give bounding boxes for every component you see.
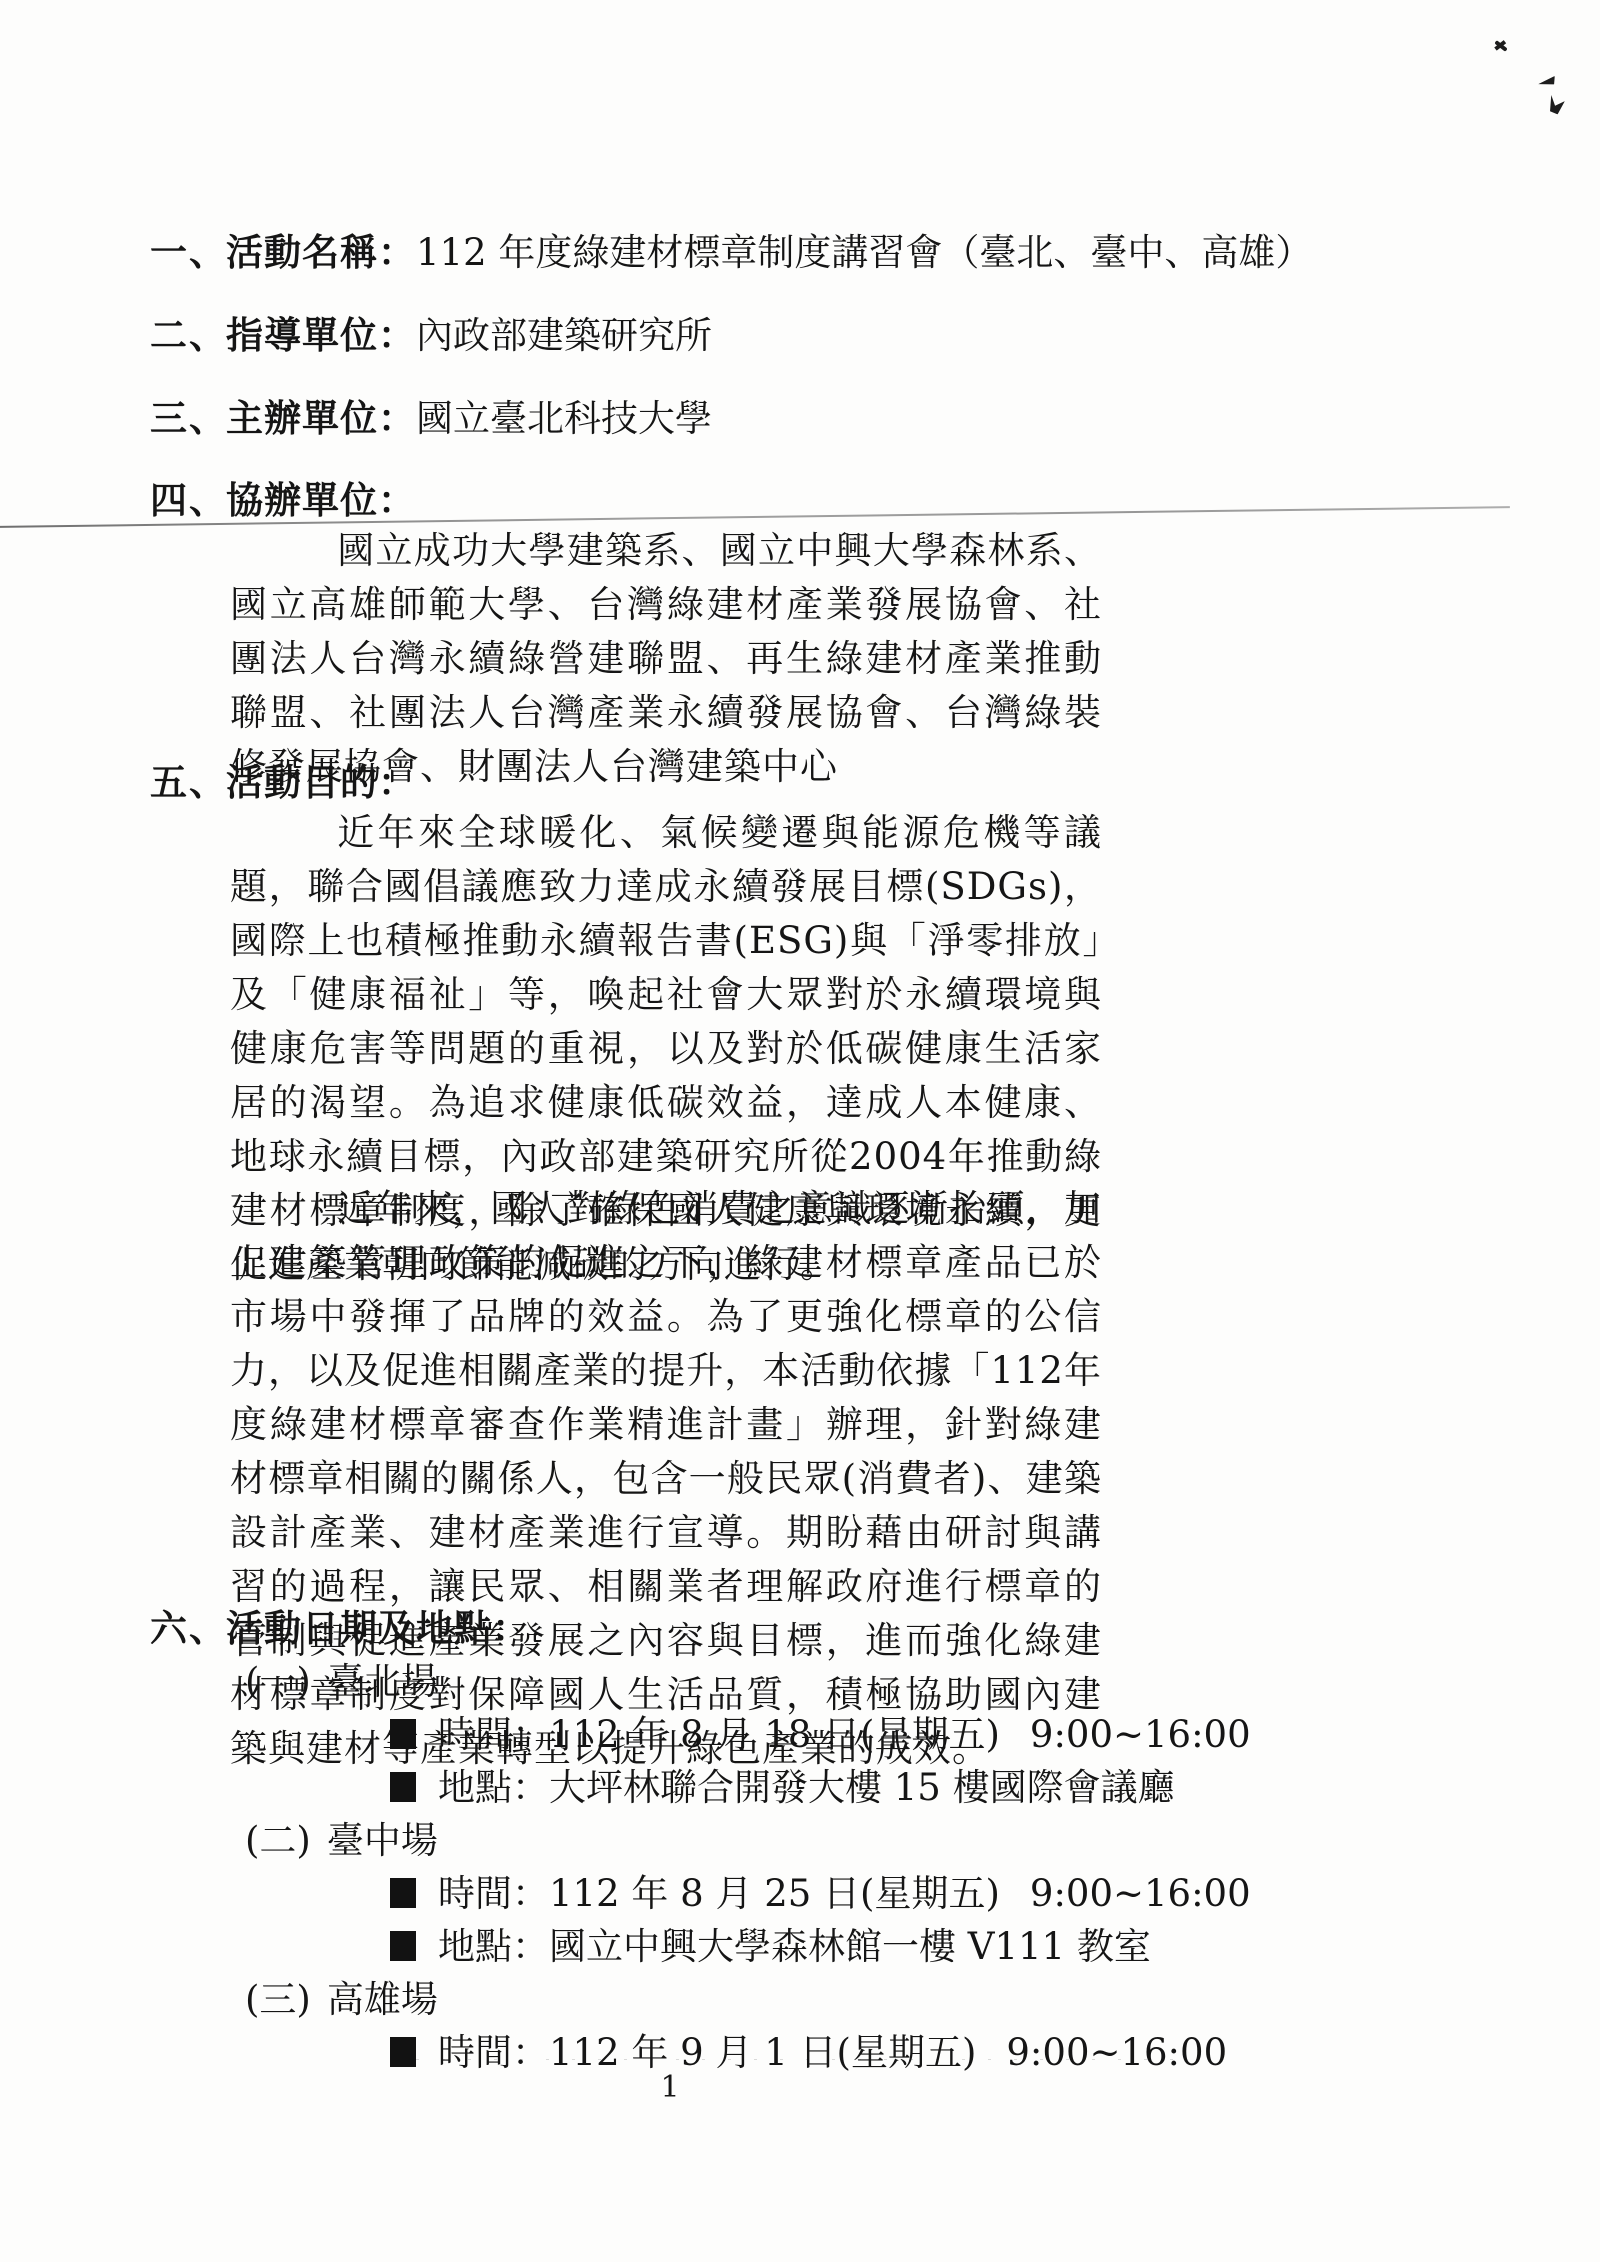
section-title: 活動日期及地點： <box>226 1606 530 1650</box>
event-taichung-place-row: 地點：國立中興大學森林館一樓 V111 教室 <box>390 1920 1150 1973</box>
section-value: 112 年度綠建材標章制度講習會（臺北、臺中、高雄） <box>416 231 1312 274</box>
event-taipei-time-row: 時間：112 年 8 月 18 日(星期五)9:00~16:00 <box>390 1708 1150 1761</box>
pen-mark-icon <box>1537 76 1556 88</box>
event-name: 高雄場 <box>327 1978 438 2021</box>
section-value: 國立臺北科技大學 <box>416 397 712 440</box>
event-ordinal: (二) <box>245 1819 311 1862</box>
section-title: 協辦單位： <box>226 478 416 522</box>
section-title: 指導單位： <box>226 313 416 357</box>
time-value: 112 年 8 月 25 日(星期五) <box>549 1872 1000 1915</box>
section-purpose-heading: 五、活動目的： <box>150 752 1150 806</box>
event-kaohsiung-header: (三)高雄場 <box>245 1973 1150 2026</box>
bullet-square-icon <box>390 1878 416 1908</box>
place-label: 地點： <box>438 1925 549 1968</box>
hours-value: 9:00~16:00 <box>1030 1872 1251 1915</box>
hours-value: 9:00~16:00 <box>1030 1713 1251 1756</box>
event-name: 臺北場 <box>327 1660 438 1703</box>
page-number: 1 <box>640 2070 700 2105</box>
event-taichung-time-row: 時間：112 年 8 月 25 日(星期五)9:00~16:00 <box>390 1867 1150 1920</box>
section-advising-unit: 二、指導單位：內政部建築研究所 <box>150 305 1150 359</box>
time-value: 112 年 9 月 1 日(星期五) <box>549 2031 976 2074</box>
section-number: 五、 <box>150 752 226 806</box>
place-value: 大坪林聯合開發大樓 15 樓國際會議廳 <box>549 1766 1175 1809</box>
section-number: 一、 <box>150 222 226 276</box>
time-label: 時間： <box>438 2031 549 2074</box>
section-co-organizers-heading: 四、協辦單位： <box>150 470 1150 524</box>
bullet-square-icon <box>390 1931 416 1961</box>
section-title: 活動目的： <box>226 760 416 804</box>
bullet-square-icon <box>390 1772 416 1802</box>
event-ordinal: (一) <box>245 1660 311 1703</box>
section-number: 二、 <box>150 305 226 359</box>
time-value: 112 年 8 月 18 日(星期五) <box>549 1713 1000 1756</box>
bullet-square-icon <box>390 2037 416 2067</box>
section-activity-name: 一、活動名稱：112 年度綠建材標章制度講習會（臺北、臺中、高雄） <box>150 222 1150 276</box>
pen-mark-icon <box>1494 40 1507 52</box>
hours-value: 9:00~16:00 <box>1006 2031 1227 2074</box>
place-label: 地點： <box>438 1766 549 1809</box>
time-label: 時間： <box>438 1872 549 1915</box>
section-title: 主辦單位： <box>226 396 416 440</box>
section-organizer: 三、主辦單位：國立臺北科技大學 <box>150 388 1150 442</box>
pen-mark-icon <box>1547 95 1566 116</box>
scanned-document-page: 一、活動名稱：112 年度綠建材標章制度講習會（臺北、臺中、高雄） 二、指導單位… <box>0 0 1600 2262</box>
event-ordinal: (三) <box>245 1978 311 2021</box>
event-taipei-header: (一)臺北場 <box>245 1655 1150 1708</box>
event-taipei-place-row: 地點：大坪林聯合開發大樓 15 樓國際會議廳 <box>390 1761 1150 1814</box>
section-schedule-heading: 六、活動日期及地點： <box>150 1598 1150 1652</box>
place-value: 國立中興大學森林館一樓 V111 教室 <box>549 1925 1151 1968</box>
time-label: 時間： <box>438 1713 549 1756</box>
event-list: (一)臺北場 時間：112 年 8 月 18 日(星期五)9:00~16:00 … <box>150 1655 1150 2079</box>
event-taichung-header: (二)臺中場 <box>245 1814 1150 1867</box>
event-name: 臺中場 <box>327 1819 438 1862</box>
section-number: 三、 <box>150 388 226 442</box>
section-value: 內政部建築研究所 <box>416 314 712 357</box>
section-number: 六、 <box>150 1598 226 1652</box>
event-kaohsiung-time-row: 時間：112 年 9 月 1 日(星期五)9:00~16:00 <box>390 2026 1150 2079</box>
section-number: 四、 <box>150 470 226 524</box>
bullet-square-icon <box>390 1719 416 1749</box>
section-title: 活動名稱： <box>226 230 416 274</box>
